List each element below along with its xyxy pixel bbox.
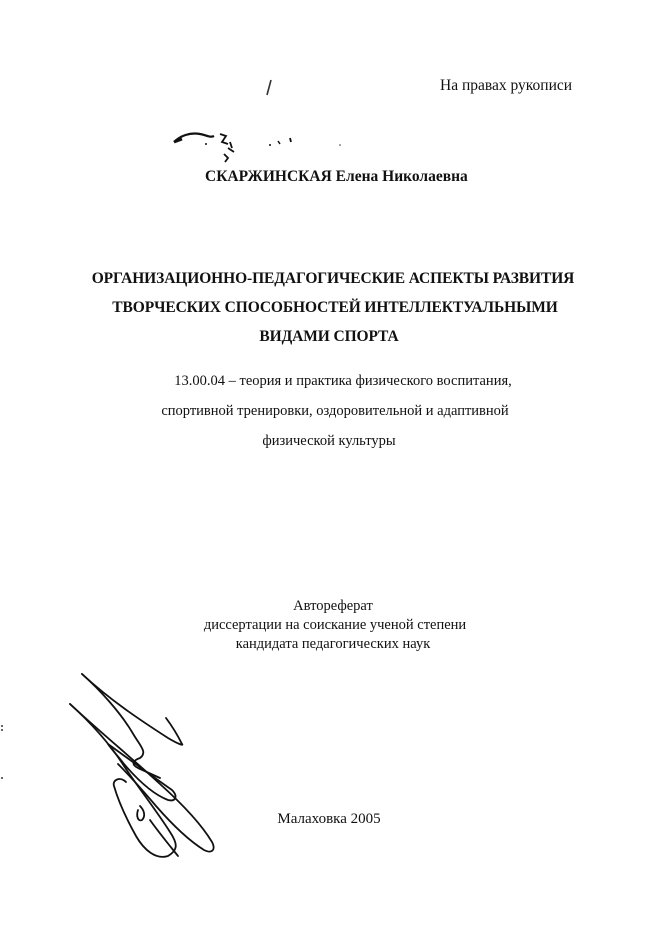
handwritten-signature (60, 660, 230, 870)
author-name: СКАРЖИНСКАЯ Елена Николаевна (205, 168, 468, 186)
degree-line-1: диссертации на соискание ученой степени (10, 617, 650, 634)
specialty-line-2: спортивной тренировки, оздоровительной и… (10, 403, 650, 420)
pen-mark (264, 78, 274, 98)
manuscript-rights-note: На правах рукописи (440, 77, 572, 95)
dissertation-title-line-1: ОРГАНИЗАЦИОННО-ПЕДАГОГИЧЕСКИЕ АСПЕКТЫ РА… (8, 270, 650, 288)
handwritten-scribble (170, 122, 250, 167)
margin-marks (0, 725, 6, 785)
handwritten-dots (260, 135, 360, 155)
specialty-line-1: 13.00.04 – теория и практика физического… (18, 373, 650, 390)
dissertation-title-line-2: ТВОРЧЕСКИХ СПОСОБНОСТЕЙ ИНТЕЛЛЕКТУАЛЬНЫМ… (10, 299, 650, 317)
specialty-line-3: физической культуры (4, 433, 650, 450)
degree-line-2: кандидата педагогических наук (8, 636, 650, 653)
dissertation-title-line-3: ВИДАМИ СПОРТА (4, 328, 650, 346)
place-and-year: Малаховка 2005 (4, 811, 650, 828)
abstract-label: Автореферат (8, 598, 650, 615)
